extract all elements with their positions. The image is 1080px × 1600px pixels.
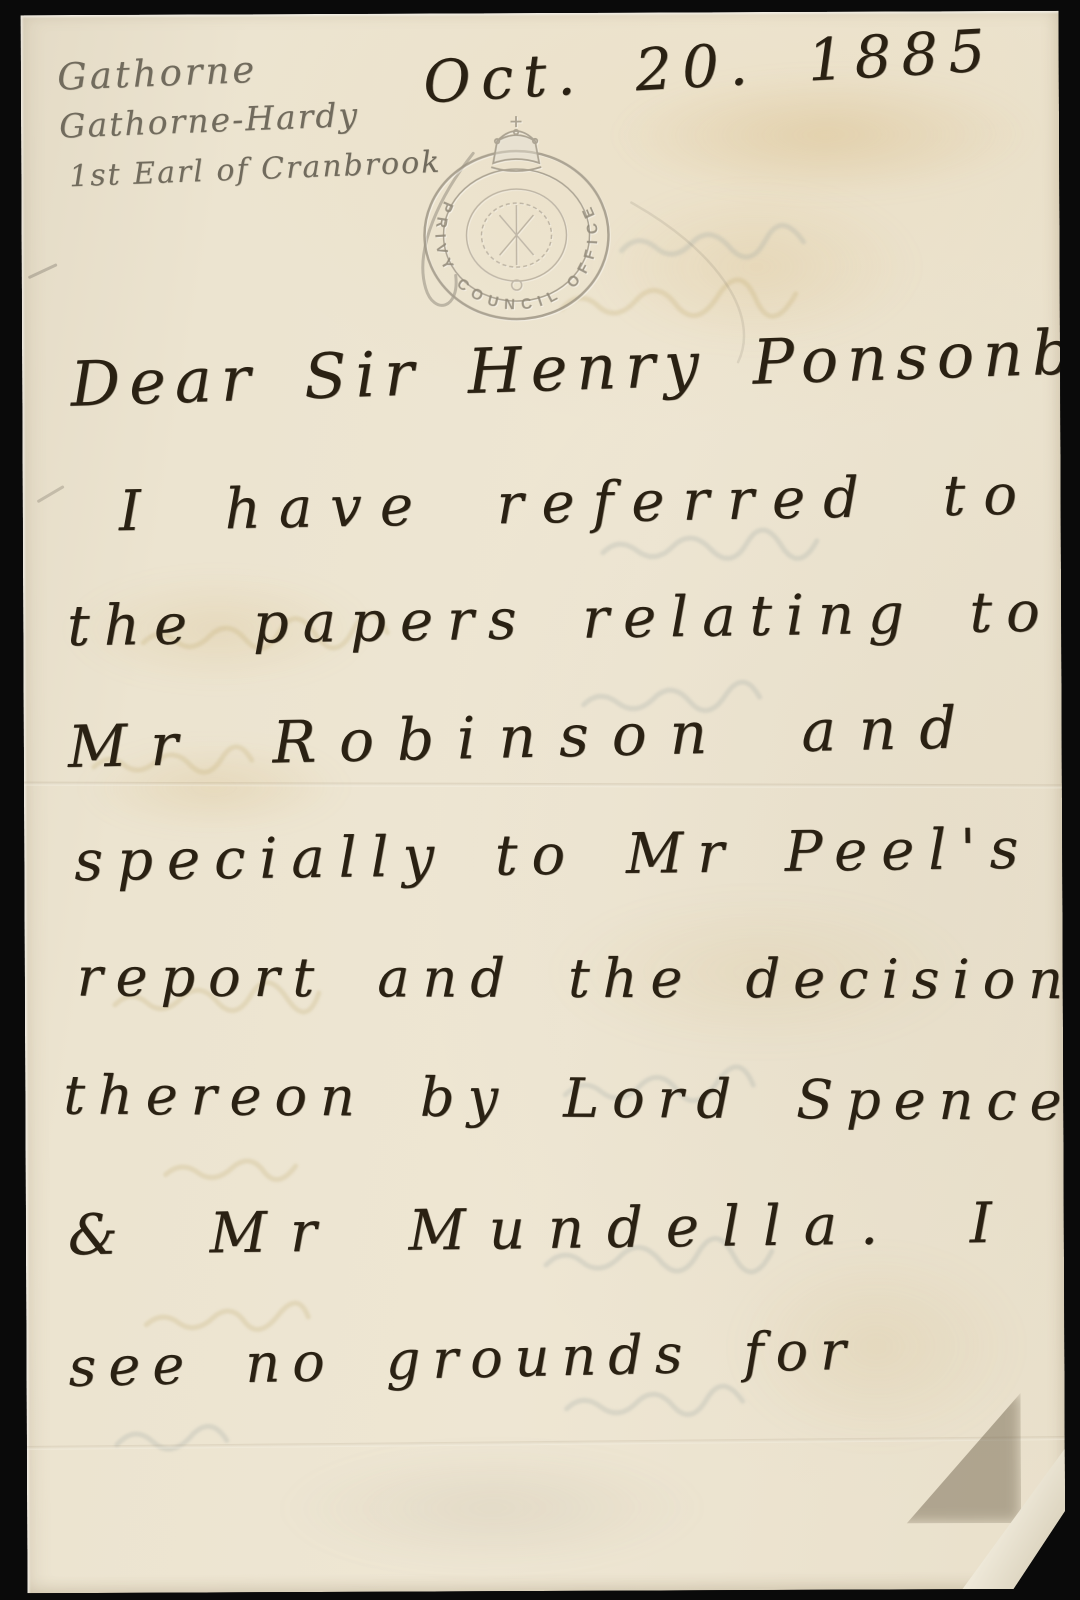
fold-corner-shadow xyxy=(891,1393,1022,1524)
letter-page: Gathorne Gathorne-Hardy 1st Earl of Cran… xyxy=(21,11,1066,1594)
seal-arms xyxy=(466,189,566,290)
body-line: see no grounds for xyxy=(68,1319,859,1399)
privy-council-seal: PRIVY COUNCIL OFFICE xyxy=(399,103,635,334)
body-line: Mr Robinson and xyxy=(67,693,980,781)
body-line: & Mr Mundella. I xyxy=(67,1191,1015,1268)
annotation-line: 1st Earl of Cranbrook xyxy=(69,145,442,195)
body-line: the papers relating to xyxy=(67,580,1054,660)
fold-crease xyxy=(24,782,1062,789)
pencil-strokes xyxy=(29,152,745,501)
annotation-line: Gathorne-Hardy xyxy=(58,92,440,146)
stain xyxy=(277,1442,708,1574)
fold-crease xyxy=(27,1436,1065,1450)
body-line: thereon by Lord Spencer xyxy=(63,1064,1080,1133)
annotation-line: Gathorne xyxy=(56,41,438,99)
scanned-letter-background: Gathorne Gathorne-Hardy 1st Earl of Cran… xyxy=(0,0,1080,1600)
body-line: specially to Mr Peel's xyxy=(74,817,1033,895)
body-line: I have referred to xyxy=(118,462,1035,544)
body-line: report and the decision xyxy=(77,946,1076,1012)
date-line: Oct. 20. 1885 xyxy=(421,16,996,116)
crown-icon xyxy=(491,116,541,171)
pencil-annotation: Gathorne Gathorne-Hardy 1st Earl of Cran… xyxy=(56,41,442,195)
